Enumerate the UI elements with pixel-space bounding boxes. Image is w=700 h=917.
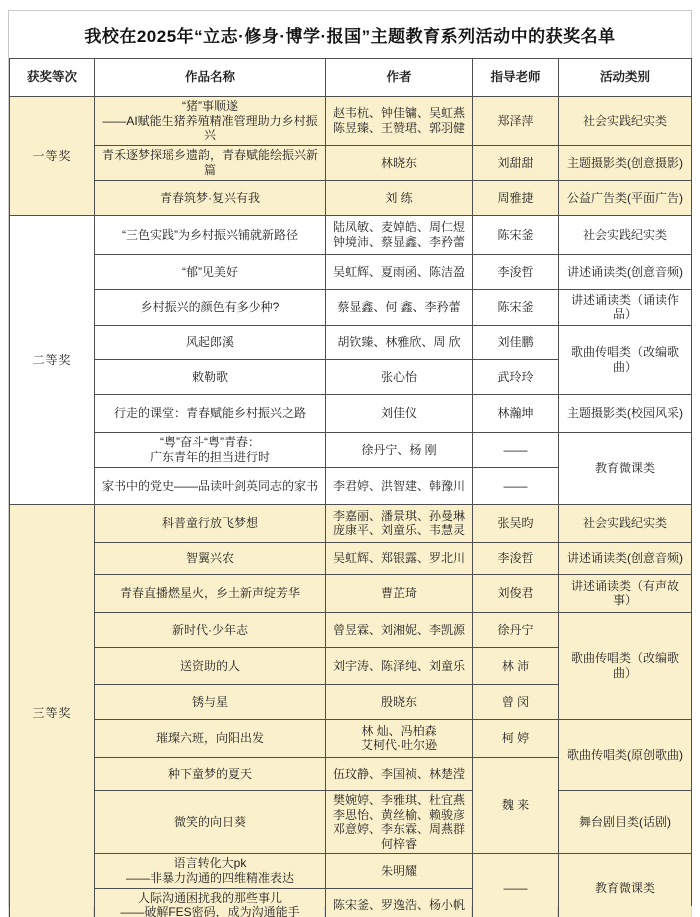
advisor-cell: 柯 婷 bbox=[473, 719, 559, 757]
table-row: 行走的课堂：青春赋能乡村振兴之路刘佳仪林瀚坤主题摄影类(校园风采) bbox=[10, 394, 692, 432]
work-title-cell: 智翼兴农 bbox=[95, 542, 326, 574]
table-row: 乡村振兴的颜色有多少种?蔡显鑫、何 鑫、李矜蕾陈宋釜讲述诵读类（诵读作品） bbox=[10, 289, 692, 325]
header-category: 活动类别 bbox=[559, 59, 692, 97]
work-title-cell: “郁”见美好 bbox=[95, 254, 326, 289]
header-authors: 作者 bbox=[326, 59, 473, 97]
work-title-cell: 青春直播燃星火，乡土新声绽芳华 bbox=[95, 574, 326, 612]
advisor-cell: 李浚哲 bbox=[473, 254, 559, 289]
header-award-level: 获奖等次 bbox=[10, 59, 95, 97]
table-row: 一等奖“猪”事顺遂 ——AI赋能生猪养殖精准管理助力乡村振兴赵韦杭、钟佳镛、吴虹… bbox=[10, 97, 692, 146]
authors-cell: 吴虹辉、夏雨函、陈洁盈 bbox=[326, 254, 473, 289]
work-title-cell: 璀璨六班，向阳出发 bbox=[95, 719, 326, 757]
work-title-cell: 语言转化大pk ——非暴力沟通的四维精准表达 bbox=[95, 854, 326, 888]
table-row: “粤”奋斗“粤”青春： 广东青年的担当进行时徐丹宁、杨 刚——教育微课类 bbox=[10, 432, 692, 467]
category-cell: 社会实践纪实类 bbox=[559, 97, 692, 146]
table-row: 青禾逐梦探瑶乡遗韵，青春赋能绘振兴新篇林晓东刘甜甜主题摄影类(创意摄影) bbox=[10, 145, 692, 180]
document-page: 我校在2025年“立志·修身·博学·报国”主题教育系列活动中的获奖名单 获奖等次… bbox=[0, 0, 700, 917]
authors-cell: 陈宋釜、罗逸浩、杨小帆 bbox=[326, 888, 473, 917]
advisor-cell: —— bbox=[473, 467, 559, 504]
advisor-cell: 魏 来 bbox=[473, 757, 559, 854]
table-row: 语言转化大pk ——非暴力沟通的四维精准表达朱明耀——教育微课类 bbox=[10, 854, 692, 888]
work-title-cell: 微笑的向日葵 bbox=[95, 790, 326, 854]
category-cell: 教育微课类 bbox=[559, 432, 692, 504]
authors-cell: 樊婉婷、李雅琪、杜宜燕 李思怡、黄丝榆、赖骏彦 邓意婷、李东霖、周燕群 何梓睿 bbox=[326, 790, 473, 854]
authors-cell: 胡钦臻、林雅欣、周 欣 bbox=[326, 325, 473, 359]
category-cell: 社会实践纪实类 bbox=[559, 504, 692, 542]
advisor-cell: 刘俊君 bbox=[473, 574, 559, 612]
work-title-cell: 风起郎溪 bbox=[95, 325, 326, 359]
award-level-cell: 一等奖 bbox=[10, 97, 95, 216]
work-title-cell: “猪”事顺遂 ——AI赋能生猪养殖精准管理助力乡村振兴 bbox=[95, 97, 326, 146]
work-title-cell: 乡村振兴的颜色有多少种? bbox=[95, 289, 326, 325]
category-cell: 主题摄影类(创意摄影) bbox=[559, 145, 692, 180]
advisor-cell: 郑泽萍 bbox=[473, 97, 559, 146]
category-cell: 歌曲传唱类（改编歌曲） bbox=[559, 612, 692, 719]
authors-cell: 李君婷、洪智建、韩豫川 bbox=[326, 467, 473, 504]
advisor-cell: 李浚哲 bbox=[473, 542, 559, 574]
page-break-artifact bbox=[691, 906, 692, 917]
work-title-cell: 新时代·少年志 bbox=[95, 612, 326, 647]
work-title-cell: 送资助的人 bbox=[95, 647, 326, 684]
work-title-cell: 种下童梦的夏天 bbox=[95, 757, 326, 790]
advisor-cell: 林 沛 bbox=[473, 647, 559, 684]
authors-cell: 蔡显鑫、何 鑫、李矜蕾 bbox=[326, 289, 473, 325]
authors-cell: 殷晓东 bbox=[326, 684, 473, 719]
award-level-cell: 三等奖 bbox=[10, 504, 95, 917]
advisor-cell: —— bbox=[473, 432, 559, 467]
page-title: 我校在2025年“立志·修身·博学·报国”主题教育系列活动中的获奖名单 bbox=[9, 11, 691, 58]
authors-cell: 刘 练 bbox=[326, 180, 473, 215]
page-break-artifact bbox=[471, 906, 472, 917]
category-cell: 讲述诵读类（有声故事） bbox=[559, 574, 692, 612]
category-cell: 公益广告类(平面广告) bbox=[559, 180, 692, 215]
category-cell: 讲述诵读类（诵读作品） bbox=[559, 289, 692, 325]
authors-cell: 吴虹辉、郑银露、罗北川 bbox=[326, 542, 473, 574]
table-row: 二等奖“三色实践”为乡村振兴铺就新路径陆凤敏、麦婥皓、周仁煜 钟境沛、蔡显鑫、李… bbox=[10, 215, 692, 254]
table-row: 新时代·少年志曾昱霖、刘湘妮、李凯源徐丹宁歌曲传唱类（改编歌曲） bbox=[10, 612, 692, 647]
authors-cell: 陆凤敏、麦婥皓、周仁煜 钟境沛、蔡显鑫、李矜蕾 bbox=[326, 215, 473, 254]
work-title-cell: “粤”奋斗“粤”青春： 广东青年的担当进行时 bbox=[95, 432, 326, 467]
table-row: 青春直播燃星火，乡土新声绽芳华曹芷琦刘俊君讲述诵读类（有声故事） bbox=[10, 574, 692, 612]
table-row: 风起郎溪胡钦臻、林雅欣、周 欣刘佳鹏歌曲传唱类（改编歌曲） bbox=[10, 325, 692, 359]
table-row: 璀璨六班，向阳出发林 灿、冯柏森 艾柯代·吐尔逊柯 婷歌曲传唱类(原创歌曲) bbox=[10, 719, 692, 757]
table-header-row: 获奖等次 作品名称 作者 指导老师 活动类别 bbox=[10, 59, 692, 97]
advisor-cell: 陈宋釜 bbox=[473, 215, 559, 254]
advisor-cell: 刘佳鹏 bbox=[473, 325, 559, 359]
award-table-body: 一等奖“猪”事顺遂 ——AI赋能生猪养殖精准管理助力乡村振兴赵韦杭、钟佳镛、吴虹… bbox=[10, 97, 692, 917]
advisor-cell: 陈宋釜 bbox=[473, 289, 559, 325]
authors-cell: 徐丹宁、杨 刚 bbox=[326, 432, 473, 467]
authors-cell: 曹芷琦 bbox=[326, 574, 473, 612]
advisor-cell: 刘甜甜 bbox=[473, 145, 559, 180]
authors-cell: 林 灿、冯柏森 艾柯代·吐尔逊 bbox=[326, 719, 473, 757]
award-table: 获奖等次 作品名称 作者 指导老师 活动类别 一等奖“猪”事顺遂 ——AI赋能生… bbox=[9, 58, 692, 917]
work-title-cell: 青春筑梦·复兴有我 bbox=[95, 180, 326, 215]
header-work-title: 作品名称 bbox=[95, 59, 326, 97]
page-break-artifact bbox=[324, 906, 325, 917]
table-row: 青春筑梦·复兴有我刘 练周雅捷公益广告类(平面广告) bbox=[10, 180, 692, 215]
advisor-cell: 曾 闵 bbox=[473, 684, 559, 719]
authors-cell: 刘佳仪 bbox=[326, 394, 473, 432]
work-title-cell: 青禾逐梦探瑶乡遗韵，青春赋能绘振兴新篇 bbox=[95, 145, 326, 180]
category-cell: 主题摄影类(校园风采) bbox=[559, 394, 692, 432]
work-title-cell: “三色实践”为乡村振兴铺就新路径 bbox=[95, 215, 326, 254]
advisor-cell: 张吴昀 bbox=[473, 504, 559, 542]
advisor-cell: 徐丹宁 bbox=[473, 612, 559, 647]
work-title-cell: 锈与星 bbox=[95, 684, 326, 719]
work-title-cell: 家书中的党史——品读叶剑英同志的家书 bbox=[95, 467, 326, 504]
category-cell: 舞台剧目类(话剧) bbox=[559, 790, 692, 854]
authors-cell: 曾昱霖、刘湘妮、李凯源 bbox=[326, 612, 473, 647]
page-break-artifact bbox=[93, 906, 94, 917]
advisor-cell: —— bbox=[473, 854, 559, 917]
work-title-cell: 敕勒歌 bbox=[95, 359, 326, 394]
authors-cell: 李嘉丽、潘景琪、孙曼琳 庞康平、刘童乐、韦慧灵 bbox=[326, 504, 473, 542]
category-cell: 歌曲传唱类(原创歌曲) bbox=[559, 719, 692, 790]
table-row: 微笑的向日葵樊婉婷、李雅琪、杜宜燕 李思怡、黄丝榆、赖骏彦 邓意婷、李东霖、周燕… bbox=[10, 790, 692, 854]
category-cell: 歌曲传唱类（改编歌曲） bbox=[559, 325, 692, 394]
header-advisor: 指导老师 bbox=[473, 59, 559, 97]
category-cell: 社会实践纪实类 bbox=[559, 215, 692, 254]
category-cell: 讲述诵读类(创意音频) bbox=[559, 254, 692, 289]
authors-cell: 刘宇涛、陈泽纯、刘童乐 bbox=[326, 647, 473, 684]
table-row: “郁”见美好吴虹辉、夏雨函、陈洁盈李浚哲讲述诵读类(创意音频) bbox=[10, 254, 692, 289]
authors-cell: 伍玟静、李国祯、林楚滢 bbox=[326, 757, 473, 790]
authors-cell: 赵韦杭、钟佳镛、吴虹燕 陈昱臻、王赞珺、郭羽健 bbox=[326, 97, 473, 146]
page-break-artifact bbox=[557, 906, 558, 917]
authors-cell: 林晓东 bbox=[326, 145, 473, 180]
award-list-sheet: 我校在2025年“立志·修身·博学·报国”主题教育系列活动中的获奖名单 获奖等次… bbox=[8, 10, 692, 917]
category-cell: 讲述诵读类(创意音频) bbox=[559, 542, 692, 574]
advisor-cell: 周雅捷 bbox=[473, 180, 559, 215]
authors-cell: 张心怡 bbox=[326, 359, 473, 394]
page-break-artifact bbox=[8, 906, 9, 917]
table-row: 三等奖科普童行放飞梦想李嘉丽、潘景琪、孙曼琳 庞康平、刘童乐、韦慧灵张吴昀社会实… bbox=[10, 504, 692, 542]
authors-cell: 朱明耀 bbox=[326, 854, 473, 888]
advisor-cell: 林瀚坤 bbox=[473, 394, 559, 432]
work-title-cell: 行走的课堂：青春赋能乡村振兴之路 bbox=[95, 394, 326, 432]
work-title-cell: 科普童行放飞梦想 bbox=[95, 504, 326, 542]
category-cell: 教育微课类 bbox=[559, 854, 692, 917]
work-title-cell: 人际沟通困扰我的那些事儿 ——破解FES密码，成为沟通能手 bbox=[95, 888, 326, 917]
table-row: 智翼兴农吴虹辉、郑银露、罗北川李浚哲讲述诵读类(创意音频) bbox=[10, 542, 692, 574]
advisor-cell: 武玲玲 bbox=[473, 359, 559, 394]
award-level-cell: 二等奖 bbox=[10, 215, 95, 504]
